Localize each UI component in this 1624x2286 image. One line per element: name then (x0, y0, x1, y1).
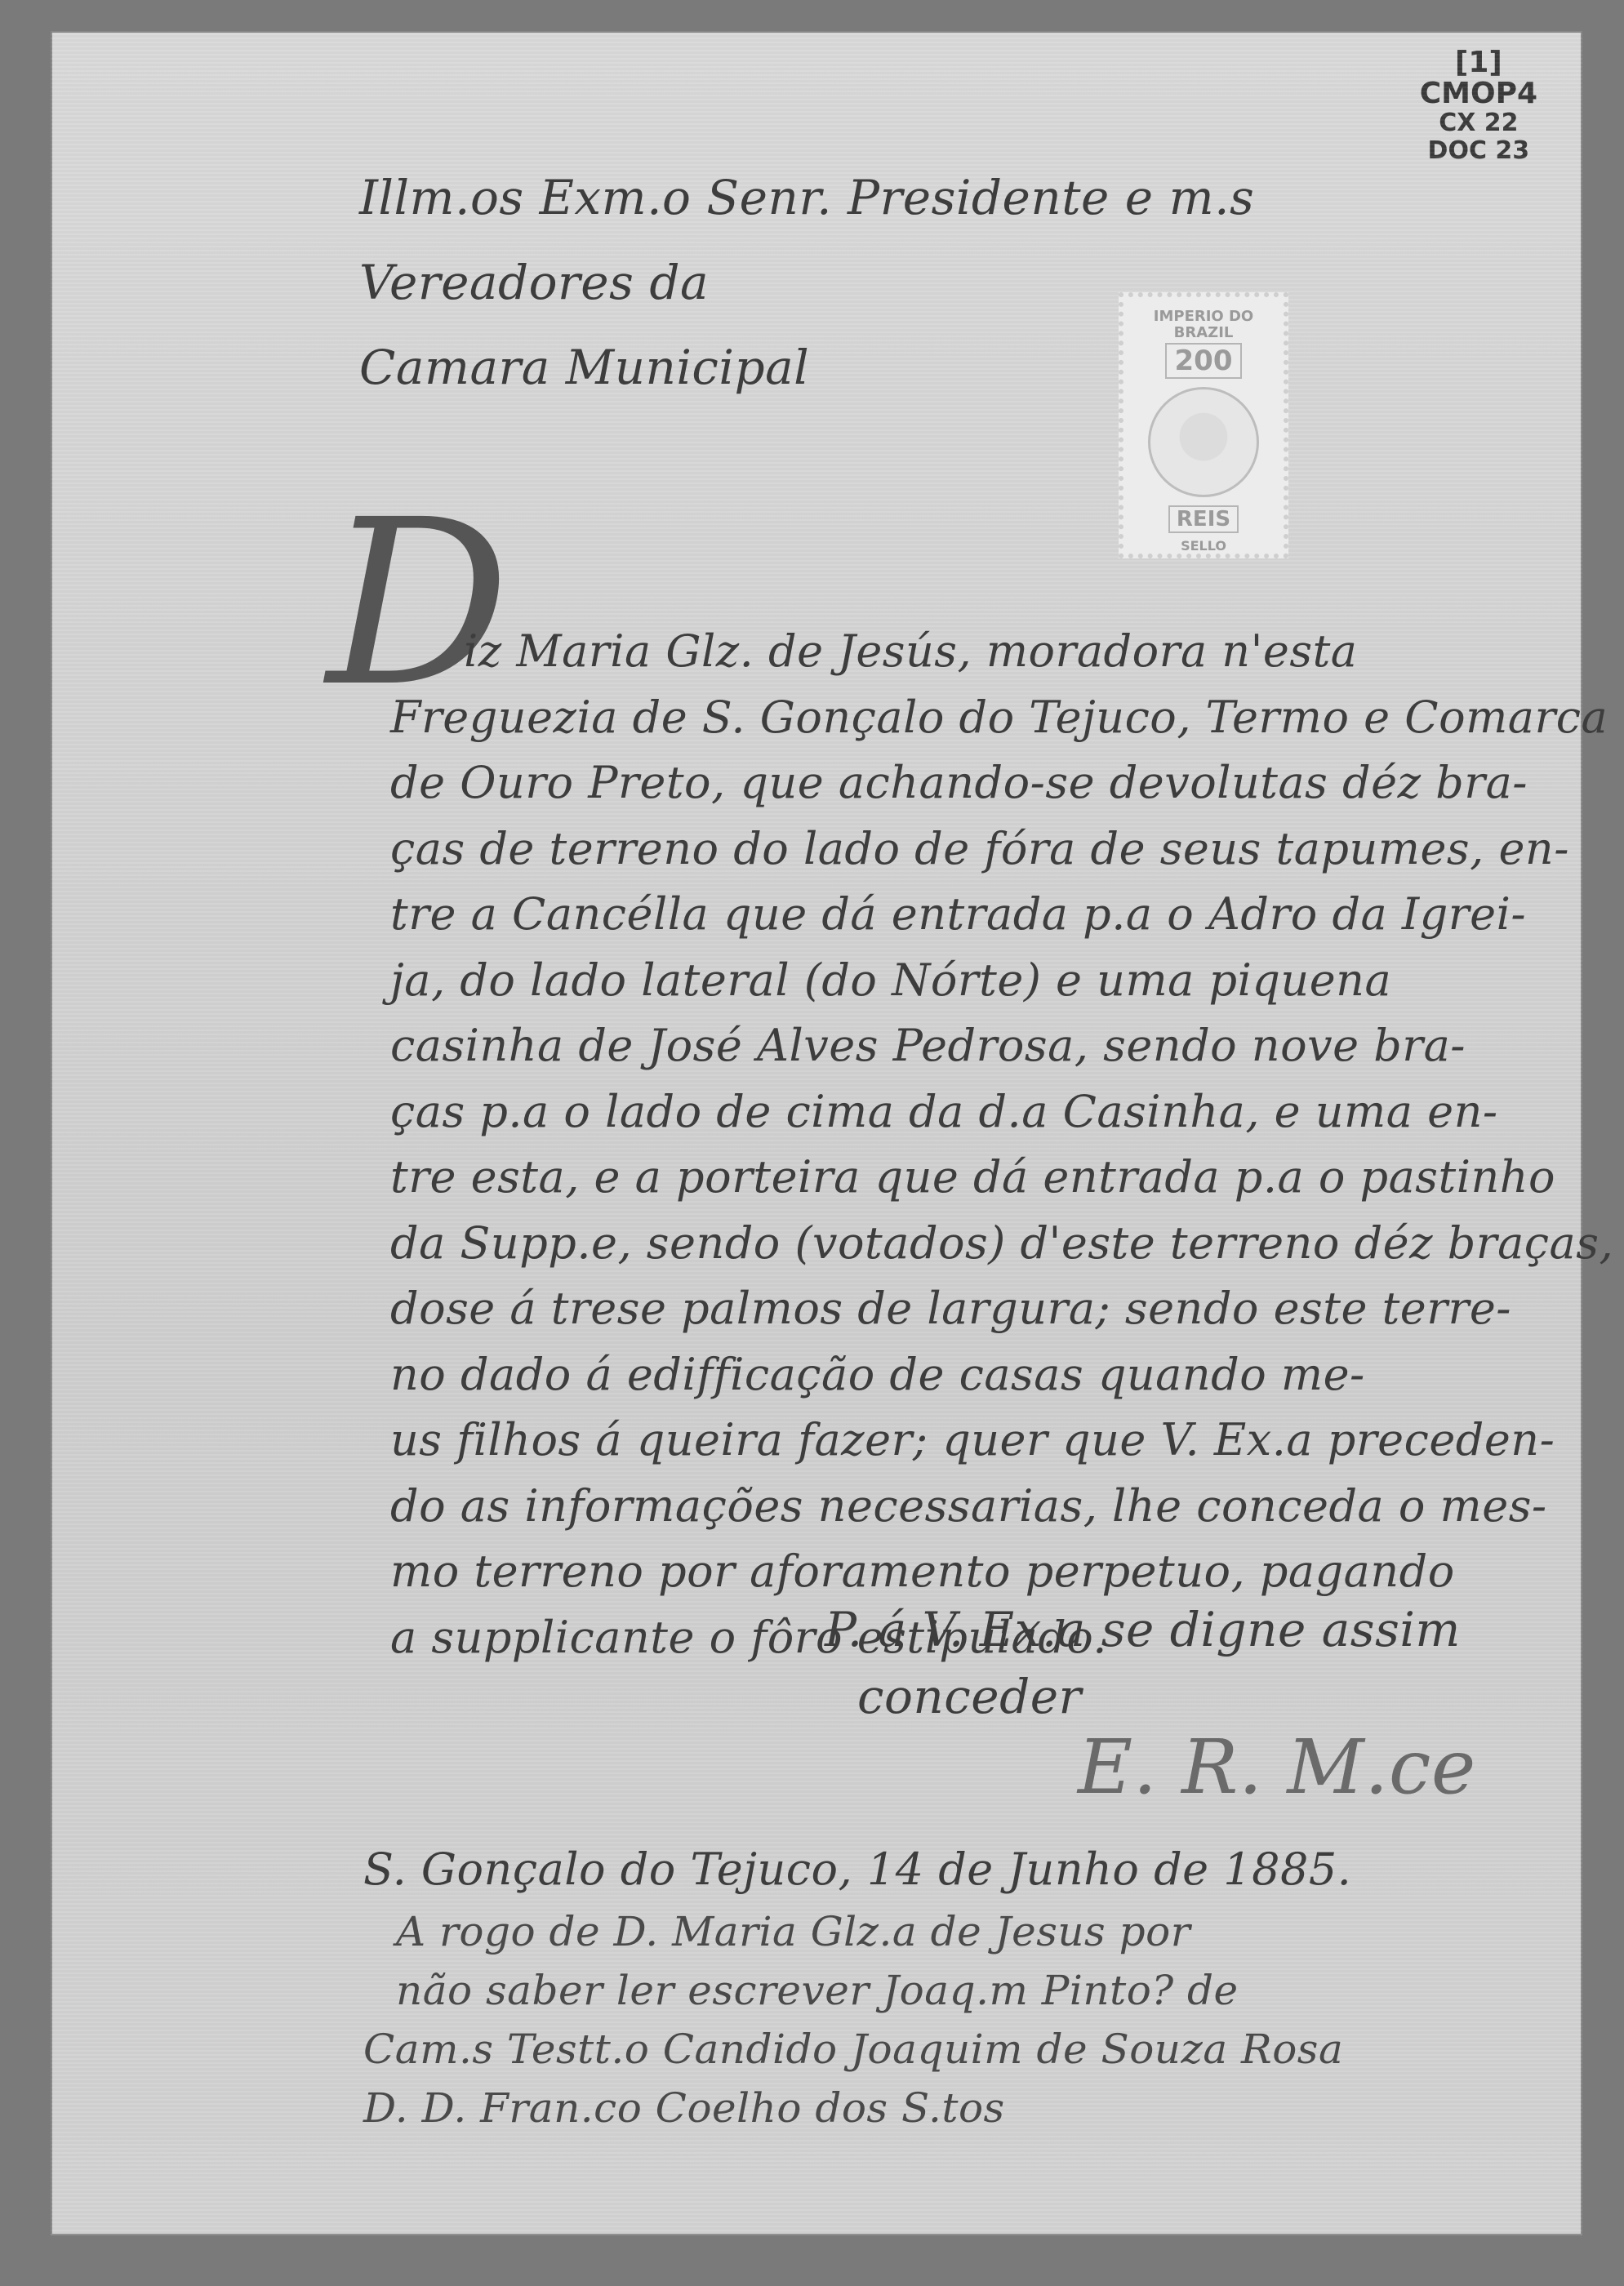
salutation-line2: Camara Municipal (359, 325, 1519, 410)
closing-line1: P. á V. Ex.a se digne assim (825, 1596, 1461, 1663)
stamp-unit: REIS (1168, 505, 1239, 533)
body-line: ças p.a o lado de cima da d.a Casinha, e… (390, 1079, 1542, 1145)
body-line: ja, do lado lateral (do Nórte) e uma piq… (390, 948, 1542, 1014)
revenue-stamp: IMPERIO DO BRAZIL 200 REIS SELLO (1119, 292, 1288, 558)
petition-body: iz Maria Glz. de Jesús, moradora n'esta … (390, 619, 1542, 1670)
closing-formula: E. R. M.ce (1078, 1727, 1476, 1808)
body-line: mo terreno por aforamento perpetuo, paga… (390, 1539, 1542, 1605)
body-line: no dado á edifficação de casas quando me… (390, 1342, 1542, 1408)
closing-line2: conceder (825, 1663, 1461, 1730)
body-line: Freguezia de S. Gonçalo do Tejuco, Termo… (390, 685, 1542, 751)
signature-block: A rogo de D. Maria Glz.a de Jesus por nã… (363, 1902, 1523, 2137)
closing-request: P. á V. Ex.a se digne assim conceder (825, 1596, 1461, 1730)
stamp-bottom-text: SELLO (1181, 538, 1226, 554)
signature-line: D. D. Fran.co Coelho dos S.tos (363, 2079, 1523, 2137)
body-line: tre a Cancélla que dá entrada p.a o Adro… (390, 882, 1542, 948)
stamp-value: 200 (1165, 343, 1243, 379)
body-line: tre esta, e a porteira que dá entrada p.… (390, 1145, 1542, 1211)
body-line: iz Maria Glz. de Jesús, moradora n'esta (390, 619, 1542, 685)
body-line: do as informações necessarias, lhe conce… (390, 1474, 1542, 1540)
salutation-line1: Illm.os Exm.o Senr. Presidente e m.s Ver… (359, 155, 1519, 325)
archive-ref-line3: CX 22 (1420, 109, 1537, 137)
signature-line: A rogo de D. Maria Glz.a de Jesus por (363, 1902, 1523, 1961)
body-line: casinha de José Alves Pedrosa, sendo nov… (390, 1013, 1542, 1079)
place-and-date: S. Gonçalo do Tejuco, 14 de Junho de 188… (363, 1837, 1351, 1902)
stamp-top-text: IMPERIO DO BRAZIL (1123, 309, 1284, 341)
body-line: ças de terreno do lado de fóra de seus t… (390, 816, 1542, 883)
body-line: us filhos á queira fazer; quer que V. Ex… (390, 1408, 1542, 1474)
body-line: da Supp.e, sendo (votados) d'este terren… (390, 1211, 1542, 1277)
archive-ref-line2: CMOP4 (1420, 78, 1537, 109)
stamp-portrait-icon (1148, 387, 1259, 497)
signature-line: Cam.s Testt.o Candido Joaquim de Souza R… (363, 2020, 1523, 2079)
salutation: Illm.os Exm.o Senr. Presidente e m.s Ver… (359, 155, 1519, 410)
signature-line: não saber ler escrever Joaq.m Pinto? de (363, 1961, 1523, 2020)
archive-ref-line1: [1] (1420, 47, 1537, 78)
archive-reference-note: [1] CMOP4 CX 22 DOC 23 (1420, 47, 1537, 165)
body-line: dose á trese palmos de largura; sendo es… (390, 1276, 1542, 1342)
body-line: de Ouro Preto, que achando-se devolutas … (390, 750, 1542, 816)
